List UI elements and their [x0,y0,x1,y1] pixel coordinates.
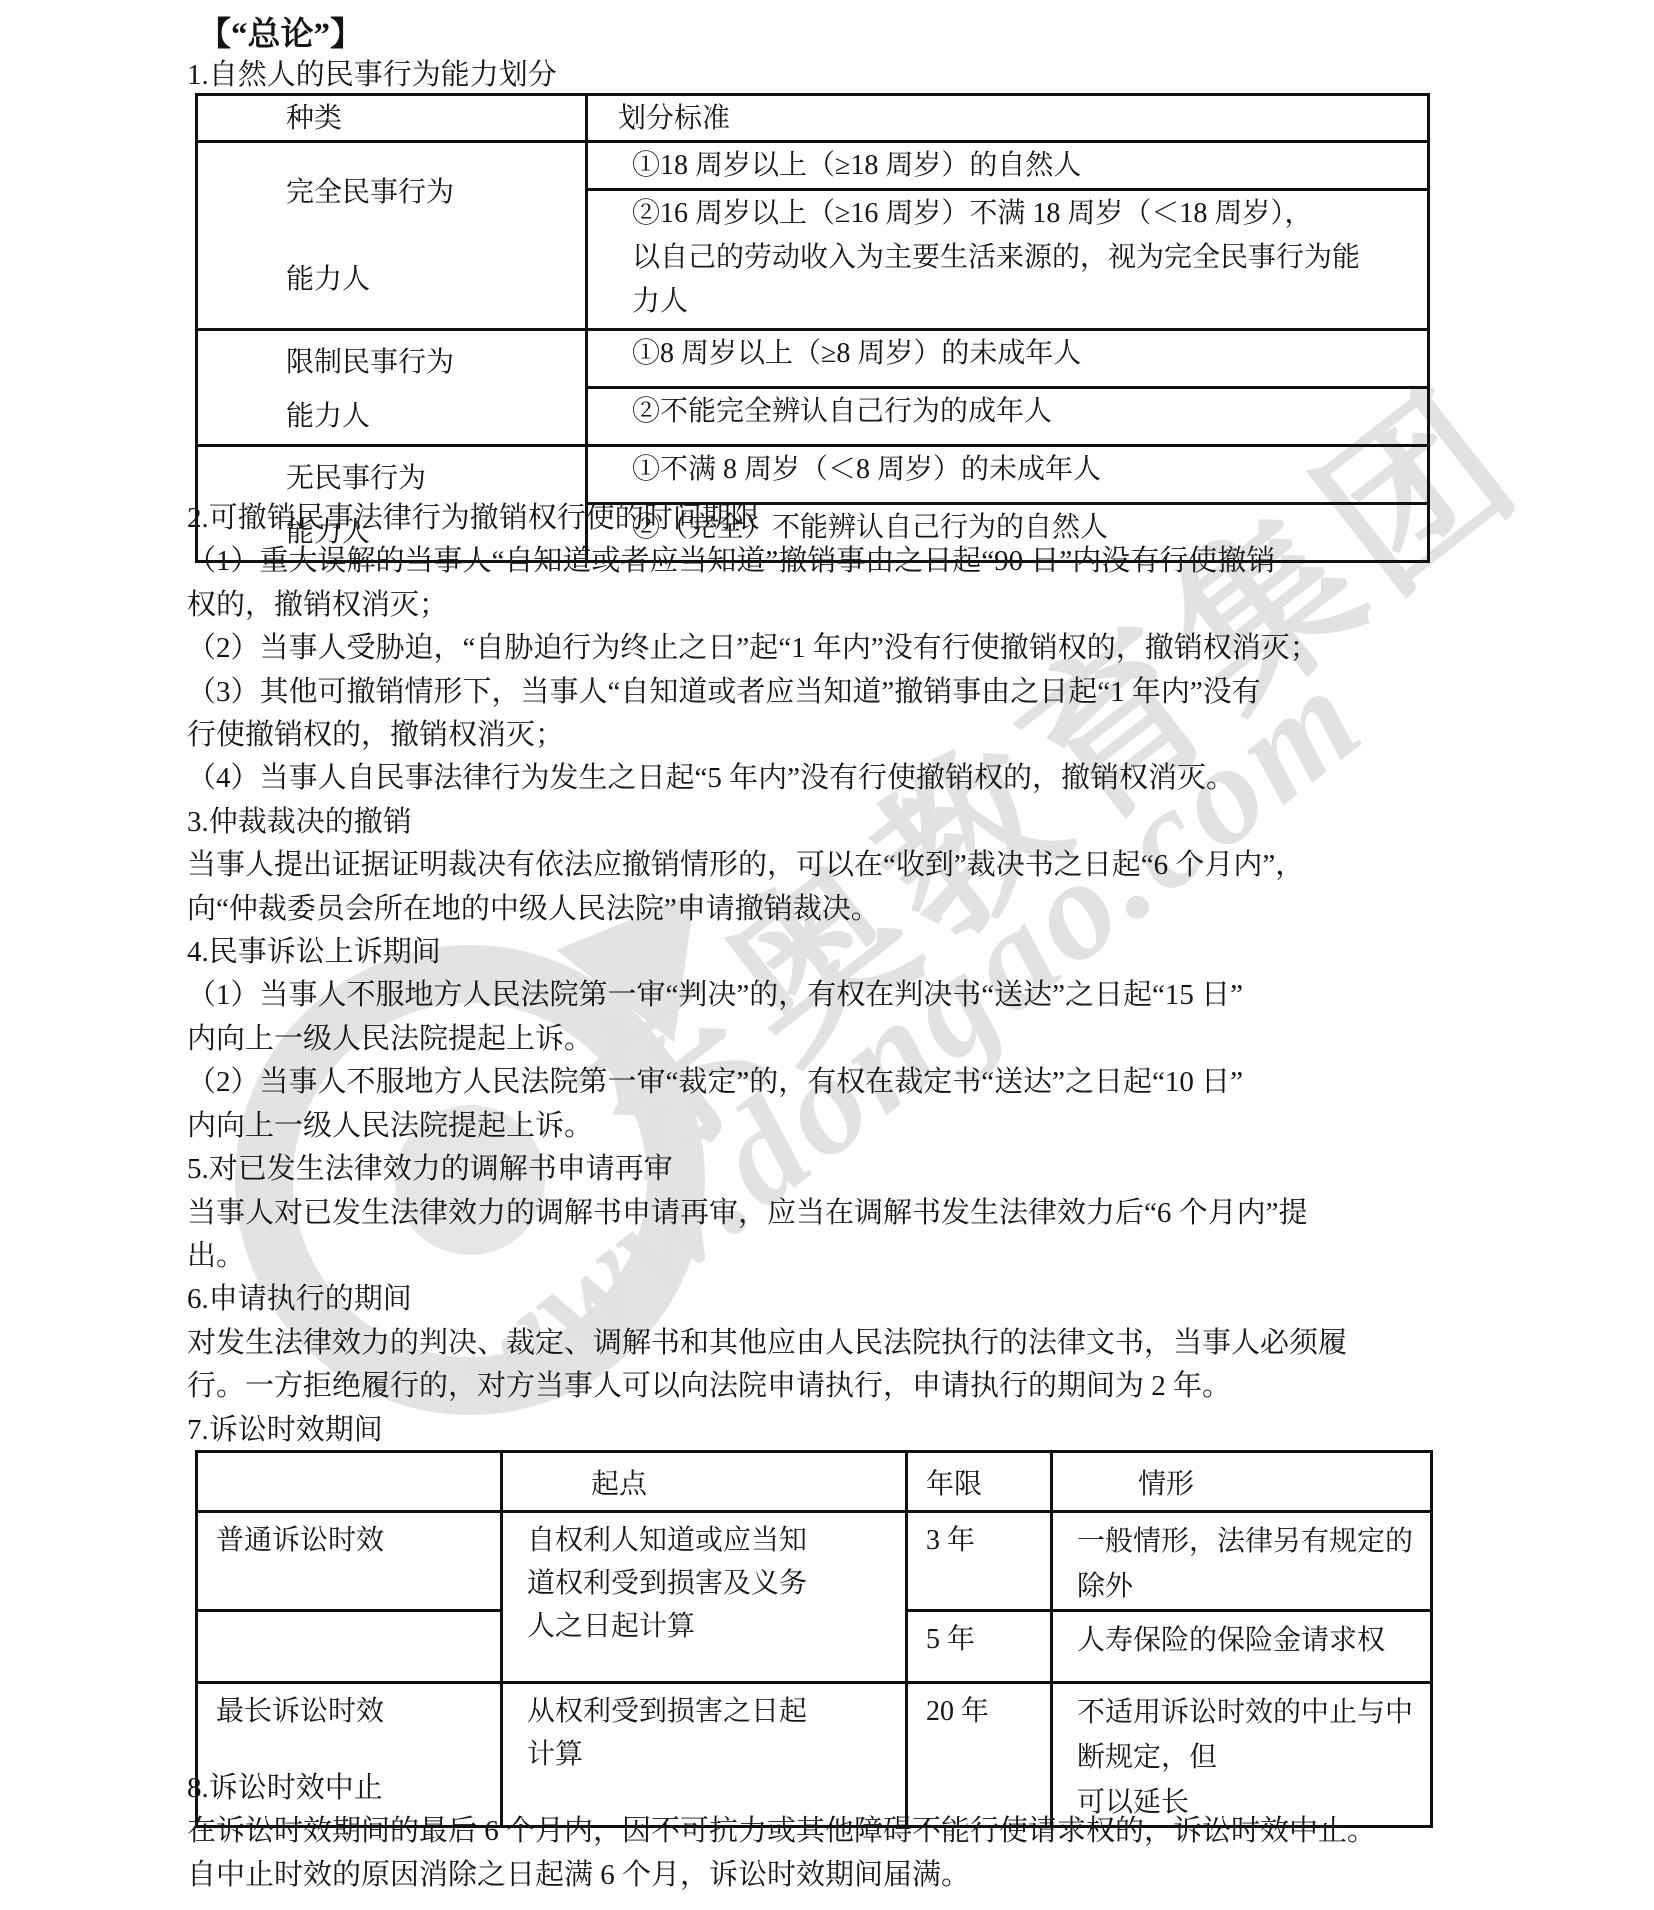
capacity-table: 种类 划分标准 完全民事行为 能力人 ①18 周岁以上（≥18 周岁）的自然人 … [195,93,1430,563]
table-row: 完全民事行为 能力人 ①18 周岁以上（≥18 周岁）的自然人 [197,142,1429,190]
text-line: 出。 [187,1235,1347,1278]
text-line: 3.仲裁裁决的撤销 [187,801,1347,844]
limitation-years-cell: 3 年 [907,1512,1052,1611]
table-header-cell-empty [197,1452,502,1512]
capacity-kind-cell: 完全民事行为 能力人 [197,142,587,330]
limitation-type-cell [197,1611,502,1683]
text-line: （2）当事人不服地方人民法院第一审“裁定”的，有权在裁定书“送达”之日起“10 … [187,1061,1347,1104]
text-line: 行使撤销权的，撤销权消灭； [187,714,1347,757]
text-line: 当事人对已发生法律效力的调解书申请再审，应当在调解书发生法律效力后“6 个月内”… [187,1192,1347,1235]
table-row: 无民事行为 能力人 ①不满 8 周岁（＜8 周岁）的未成年人 [197,446,1429,504]
text-line: （1）重大误解的当事人“自知道或者应当知道”撤销事由之日起“90 日”内没有行使… [187,540,1347,583]
table-row: 限制民事行为 能力人 ①8 周岁以上（≥8 周岁）的未成年人 [197,330,1429,388]
text-line: 行。一方拒绝履行的，对方当事人可以向法院申请执行，申请执行的期间为 2 年。 [187,1365,1347,1408]
text-line: 内向上一级人民法院提起上诉。 [187,1018,1347,1061]
text-line: 7.诉讼时效期间 [187,1409,1347,1452]
text-line: 权的，撤销权消灭； [187,584,1347,627]
capacity-criteria-cell: ①8 周岁以上（≥8 周岁）的未成年人 [587,330,1429,388]
text-line: 对发生法律效力的判决、裁定、调解书和其他应由人民法院执行的法律文书，当事人必须履 [187,1322,1347,1365]
table-header-cell-start: 起点 [502,1452,907,1512]
text-line: 内向上一级人民法院提起上诉。 [187,1105,1347,1148]
text-line: （1）当事人不服地方人民法院第一审“判决”的，有权在判决书“送达”之日起“15 … [187,974,1347,1017]
document-page: 东奥教育集团 www.dongao.com 【“总论”】 1.自然人的民事行为能… [0,0,1654,1910]
table-header-row: 起点 年限 情形 [197,1452,1432,1512]
table-header-row: 种类 划分标准 [197,95,1429,142]
text-line: 8.诉讼时效中止 [187,1767,1376,1810]
text-line: 当事人提出证据证明裁决有依法应撤销情形的，可以在“收到”裁决书之日起“6 个月内… [187,844,1347,887]
limitation-years-cell: 5 年 [907,1611,1052,1683]
body-text-sections-2-7: 2.可撤销民事法律行为撤销权行使的时间期限 （1）重大误解的当事人“自知道或者应… [187,497,1347,1452]
text-line: 自中止时效的原因消除之日起满 6 个月，诉讼时效期间届满。 [187,1854,1376,1897]
limitation-case-cell: 人寿保险的保险金请求权 [1052,1611,1432,1683]
section-heading-1: 1.自然人的民事行为能力划分 [187,52,557,93]
capacity-criteria-cell: ②16 周岁以上（≥16 周岁）不满 18 周岁（＜18 周岁）， 以自己的劳动… [587,190,1429,330]
text-line: 在诉讼时效期间的最后 6 个月内，因不可抗力或其他障碍不能行使请求权的，诉讼时效… [187,1810,1376,1853]
capacity-criteria-cell: ①18 周岁以上（≥18 周岁）的自然人 [587,142,1429,190]
limitation-start-cell: 自权利人知道或应当知 道权利受到损害及义务 人之日起计算 [502,1512,907,1683]
capacity-criteria-cell: ②不能完全辨认自己行为的成年人 [587,388,1429,446]
capacity-criteria-cell: ①不满 8 周岁（＜8 周岁）的未成年人 [587,446,1429,504]
table-header-cell-kind: 种类 [197,95,587,142]
text-line: 4.民事诉讼上诉期间 [187,931,1347,974]
text-line: 2.可撤销民事法律行为撤销权行使的时间期限 [187,497,1347,540]
table-header-cell-years: 年限 [907,1452,1052,1512]
text-line: 5.对已发生法律效力的调解书申请再审 [187,1148,1347,1191]
limitation-type-cell: 普通诉讼时效 [197,1512,502,1611]
table-row: 普通诉讼时效 自权利人知道或应当知 道权利受到损害及义务 人之日起计算 3 年 … [197,1512,1432,1611]
text-line: 6.申请执行的期间 [187,1278,1347,1321]
capacity-kind-cell: 限制民事行为 能力人 [197,330,587,446]
text-line: （4）当事人自民事法律行为发生之日起“5 年内”没有行使撤销权的，撤销权消灭。 [187,757,1347,800]
text-line: 向“仲裁委员会所在地的中级人民法院”申请撤销裁决。 [187,888,1347,931]
body-text-section-8: 8.诉讼时效中止 在诉讼时效期间的最后 6 个月内，因不可抗力或其他障碍不能行使… [187,1767,1376,1897]
table-header-cell-case: 情形 [1052,1452,1432,1512]
limitation-case-cell: 一般情形，法律另有规定的除外 [1052,1512,1432,1611]
text-line: （2）当事人受胁迫，“自胁迫行为终止之日”起“1 年内”没有行使撤销权的，撤销权… [187,627,1347,670]
text-line: （3）其他可撤销情形下，当事人“自知道或者应当知道”撤销事由之日起“1 年内”没… [187,671,1347,714]
table-header-cell-criteria: 划分标准 [587,95,1429,142]
document-title: 【“总论”】 [198,8,363,55]
